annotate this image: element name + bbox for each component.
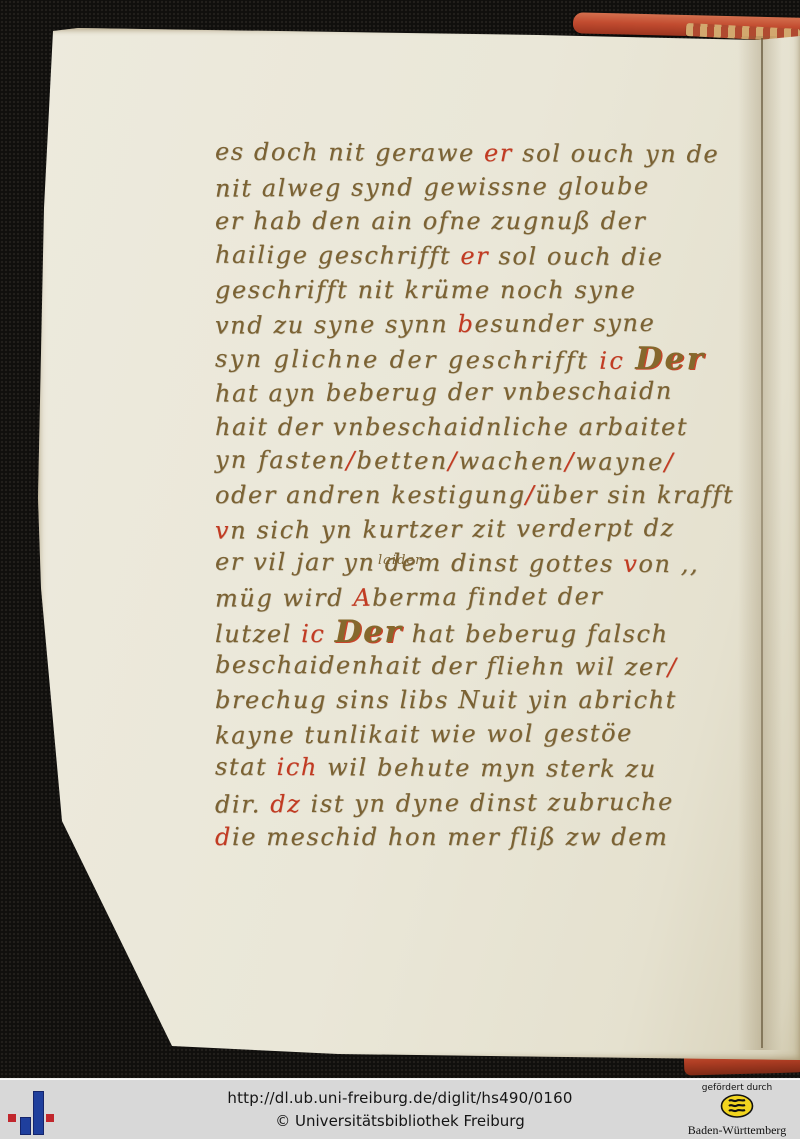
- logo-blue-bar-tall: [33, 1091, 44, 1135]
- interlinear-gloss: laider: [378, 553, 422, 568]
- manuscript-line: syn glichne der geschrifft ic Der: [215, 340, 720, 377]
- ink-text: on ,,: [638, 550, 699, 578]
- rubricated-text: ic: [301, 620, 335, 648]
- ink-text: berma findet der: [372, 583, 603, 612]
- ink-text: esunder syne: [474, 309, 655, 338]
- ink-text: ist yn dyne dinst zubruche: [301, 787, 674, 817]
- copyright-notice: © Universitätsbibliothek Freiburg: [150, 1112, 650, 1130]
- ink-text: sol ouch die: [489, 242, 663, 271]
- manuscript-line: nit alweg synd gewissne gloube: [215, 169, 720, 206]
- ink-text: oder andren kestigung: [215, 481, 526, 509]
- manuscript-line: stat ich wil behute myn sterk zu: [215, 750, 720, 787]
- rubricated-text: /: [346, 446, 356, 474]
- manuscript-line: er vil jar yn dem dinst gottes von ,,: [215, 545, 720, 582]
- rubricated-text: v: [623, 550, 638, 578]
- logo-red-square-left: [8, 1114, 16, 1122]
- manuscript-line: brechug sins libs Nuit yin abricht: [215, 683, 720, 717]
- manuscript-line: vnd zu syne synn besunder syne: [215, 305, 720, 342]
- ink-text: syn glichne der geschrifft: [215, 345, 599, 375]
- manuscript-line: dir. dz ist yn dyne dinst zubruche: [215, 784, 720, 821]
- ink-text: yn fasten: [215, 445, 346, 474]
- document-url: http://dl.ub.uni-freiburg.de/diglit/hs49…: [150, 1089, 650, 1107]
- ink-text: wayne: [575, 447, 664, 475]
- ink-text: vnd zu syne synn: [215, 310, 458, 339]
- manuscript-line: hailige geschrifft er sol ouch die: [215, 237, 720, 274]
- ink-text: geschrifft nit krüme noch syne: [215, 276, 636, 304]
- ink-text: betten: [356, 446, 448, 474]
- ink-text: hat ayn beberug der vnbeschaidn: [215, 377, 673, 408]
- rubricated-text: /: [668, 653, 678, 681]
- ink-text: wachen: [459, 447, 566, 476]
- rubricated-text: /: [526, 481, 536, 509]
- manuscript-line: hait der vnbeschaidnliche arbaitet: [215, 410, 720, 444]
- manuscript-line: oder andren kestigung/über sin krafft: [215, 478, 720, 512]
- rubricated-text: v: [215, 517, 230, 545]
- manuscript-line: müg wird Aberma findet der: [215, 579, 720, 616]
- ink-text: stat: [215, 753, 277, 781]
- baden-wuerttemberg-crest-icon: [682, 1094, 792, 1122]
- ink-text: nit alweg synd gewissne gloube: [215, 172, 650, 203]
- manuscript-line: es doch nit gerawe er sol ouch yn de: [215, 135, 720, 172]
- manuscript-line: kayne tunlikait wie wol gestöe: [215, 716, 720, 753]
- funding-note: gefördert durch: [682, 1083, 792, 1093]
- initial-letter: Der: [635, 341, 705, 377]
- manuscript-line: geschrifft nit krüme noch syne: [215, 273, 720, 307]
- rubricated-text: /: [448, 447, 458, 475]
- ink-text: müg wird: [215, 584, 353, 613]
- ub-freiburg-logo-icon: [6, 1085, 60, 1137]
- rubricated-text: b: [457, 310, 474, 338]
- footer-bar: http://dl.ub.uni-freiburg.de/diglit/hs49…: [0, 1078, 800, 1139]
- manuscript-line: beschaidenhait der fliehn wil zer/: [215, 647, 720, 684]
- funding-block: gefördert durch Baden-Württemberg: [682, 1081, 792, 1139]
- ink-text: dir.: [215, 790, 270, 818]
- logo-blue-bar-short: [20, 1117, 31, 1135]
- ink-text: hait der vnbeschaidnliche arbaitet: [215, 413, 688, 441]
- rubricated-text: A: [353, 584, 372, 612]
- ink-text: es doch nit gerawe: [215, 138, 484, 167]
- ink-text: n sich yn kurtzer zit verderpt dz: [230, 514, 675, 545]
- ink-text: lutzel: [215, 620, 301, 648]
- initial-letter: Der: [335, 614, 403, 650]
- ink-text: hailige geschrifft: [215, 240, 461, 269]
- funder-name: Baden-Württemberg: [682, 1123, 792, 1138]
- ink-text: sol ouch yn de: [513, 139, 719, 168]
- rubricated-text: ic: [599, 347, 635, 375]
- gutter-crease: [761, 38, 763, 1048]
- gutter-shadow: [738, 36, 782, 1050]
- ink-text: ie meschid hon mer fliß zw dem: [232, 823, 668, 851]
- ink-text: beschaidenhait der fliehn wil zer: [215, 650, 668, 680]
- logo-red-square-right: [46, 1114, 54, 1122]
- rubricated-text: /: [565, 447, 575, 475]
- footer-text-block: http://dl.ub.uni-freiburg.de/diglit/hs49…: [150, 1079, 650, 1139]
- manuscript-line: yn fasten/betten/wachen/wayne/: [215, 442, 720, 479]
- manuscript-line: die meschid hon mer fliß zw dem: [215, 820, 720, 854]
- manuscript-lines: es doch nit gerawe er sol ouch yn denit …: [215, 136, 720, 854]
- ink-text: hat beberug falsch: [402, 620, 668, 648]
- ink-text: brechug sins libs Nuit yin abricht: [215, 686, 677, 714]
- rubricated-text: ich: [276, 753, 318, 781]
- manuscript-line: lutzel ic Der hat beberug falsch: [215, 615, 720, 649]
- manuscript-line: hat ayn beberug der vnbeschaidn: [215, 374, 720, 411]
- rubricated-text: /: [665, 448, 675, 476]
- scan-viewport: es doch nit gerawe er sol ouch yn denit …: [0, 0, 800, 1139]
- ink-text: er hab den ain ofne zugnuß der: [215, 207, 646, 235]
- manuscript-line: vn sich yn kurtzer zit verderpt dz: [215, 511, 720, 548]
- ink-text: wil behute myn sterk zu: [318, 754, 657, 784]
- rubricated-text: dz: [270, 790, 301, 818]
- rubricated-text: er: [460, 242, 489, 270]
- rubricated-text: er: [484, 139, 513, 167]
- manuscript-line: er hab den ain ofne zugnuß der: [215, 204, 720, 238]
- ink-text: über sin krafft: [535, 481, 734, 509]
- ink-text: kayne tunlikait wie wol gestöe: [215, 719, 633, 750]
- rubricated-text: d: [215, 823, 232, 851]
